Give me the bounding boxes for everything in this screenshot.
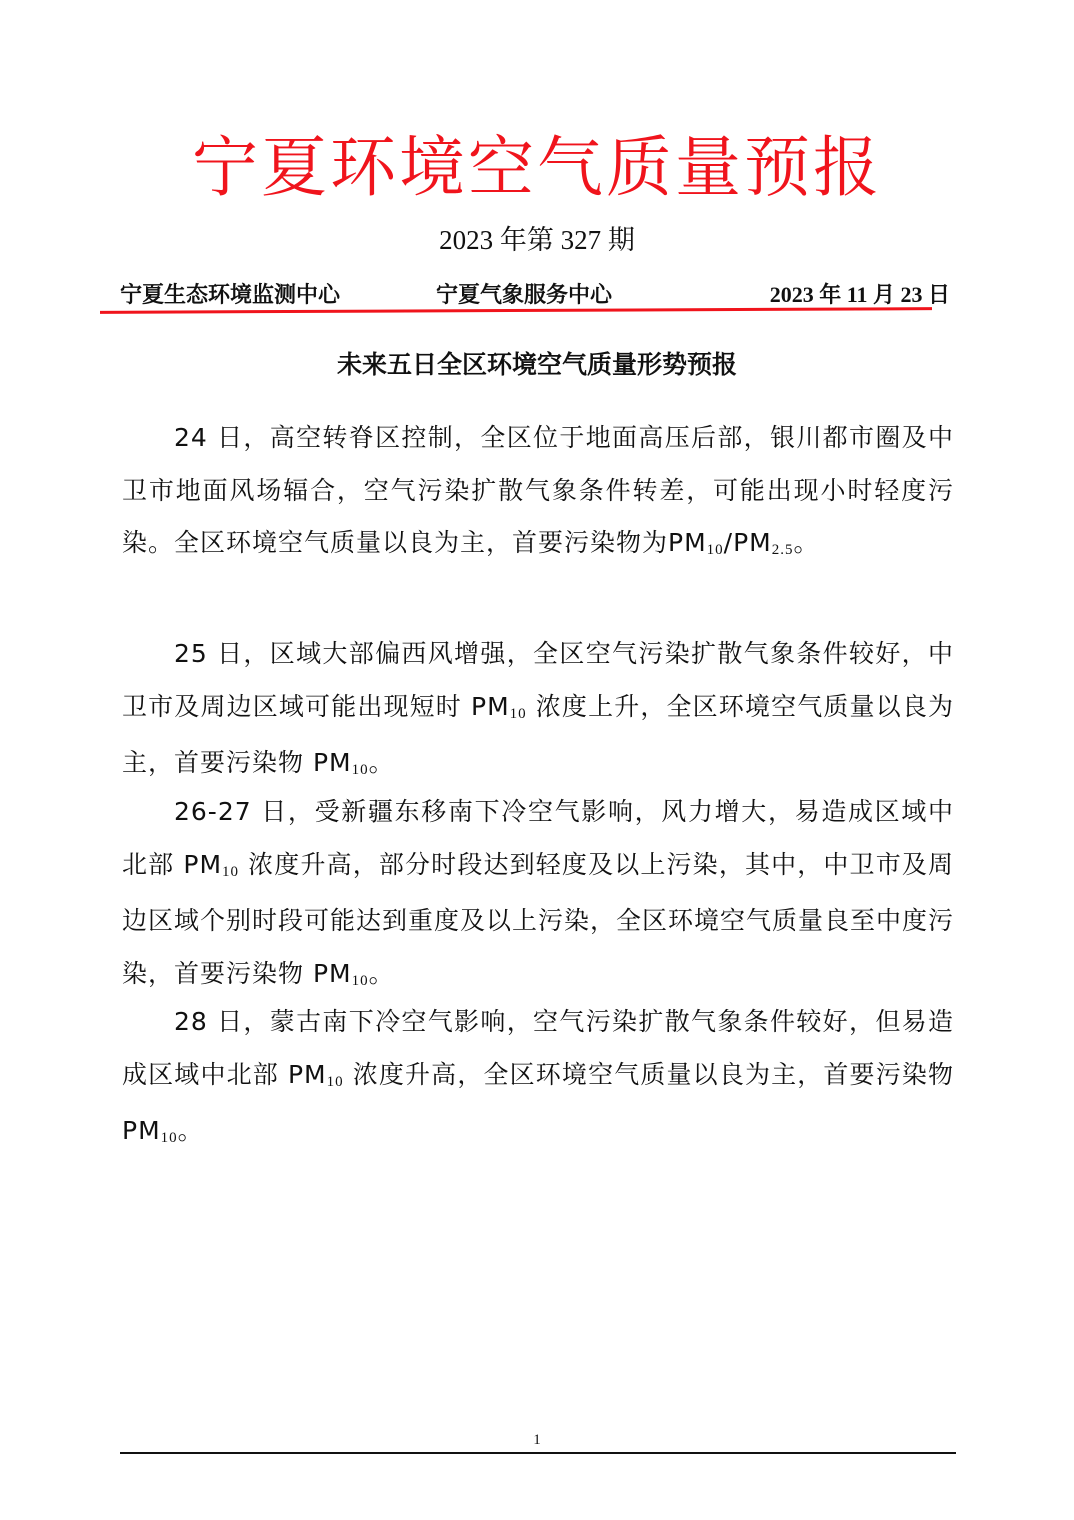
forecast-paragraph-24: 24 日，高空转脊区控制，全区位于地面高压后部，银川都市圈及中卫市地面风场辐合，… xyxy=(122,412,954,574)
forecast-paragraph-26-27: 26-27 日，受新疆东移南下冷空气影响，风力增大，易造成区域中北部 PM10 … xyxy=(122,786,954,1004)
issuer-meteorological-center: 宁夏气象服务中心 xyxy=(436,278,612,312)
issuer-monitoring-center: 宁夏生态环境监测中心 xyxy=(120,278,340,312)
forecast-paragraph-25: 25 日，区域大部偏西风增强，全区空气污染扩散气象条件较好，中卫市及周边区域可能… xyxy=(122,628,954,794)
forecast-paragraph-28: 28 日，蒙古南下冷空气影响，空气污染扩散气象条件较好，但易造成区域中北部 PM… xyxy=(122,996,954,1162)
document-title: 宁夏环境空气质量预报 xyxy=(0,128,1074,208)
page-number: 1 xyxy=(0,1432,1074,1449)
section-title: 未来五日全区环境空气质量形势预报 xyxy=(0,345,1074,385)
issue-number: 2023 年第 327 期 xyxy=(0,220,1074,260)
footer-divider xyxy=(120,1452,956,1454)
